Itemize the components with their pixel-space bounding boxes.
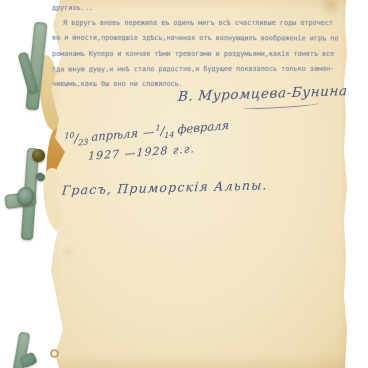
typed-line: Я вдругъ вновь пережила въ одинъ мигъ вс… [52,16,347,31]
date-dash: — [143,124,155,139]
date-fraction-to: 1/14 [155,123,174,139]
binding-eyelet [50,349,59,358]
typed-line: другихъ... [52,1,347,16]
date-fraction-from: 10/23 [64,130,88,146]
fraction-denominator: 14 [164,130,174,140]
fraction-denominator: 23 [78,137,88,147]
binding-tie-knot [17,187,34,206]
date-month-to: февраля [177,118,229,137]
brass-fastener [32,149,45,162]
typed-line: романамъ Купера и кончая тѣми тревогами … [52,47,347,62]
paper-stain-left [60,246,76,258]
fraction-numerator: 10 [64,130,74,140]
typed-line: гда юную душу,и мнѣ стало радостно,и буд… [52,61,347,77]
typewritten-text-block: другихъ... Я вдругъ вновь пережила въ од… [52,1,347,92]
date-month-from: апрѣля [91,126,138,144]
typed-line: ва и юности,прошедшіе здѣсь,начиная отъ … [52,31,347,47]
manuscript-photo: другихъ... Я вдругъ вновь пережила въ од… [0,0,368,368]
